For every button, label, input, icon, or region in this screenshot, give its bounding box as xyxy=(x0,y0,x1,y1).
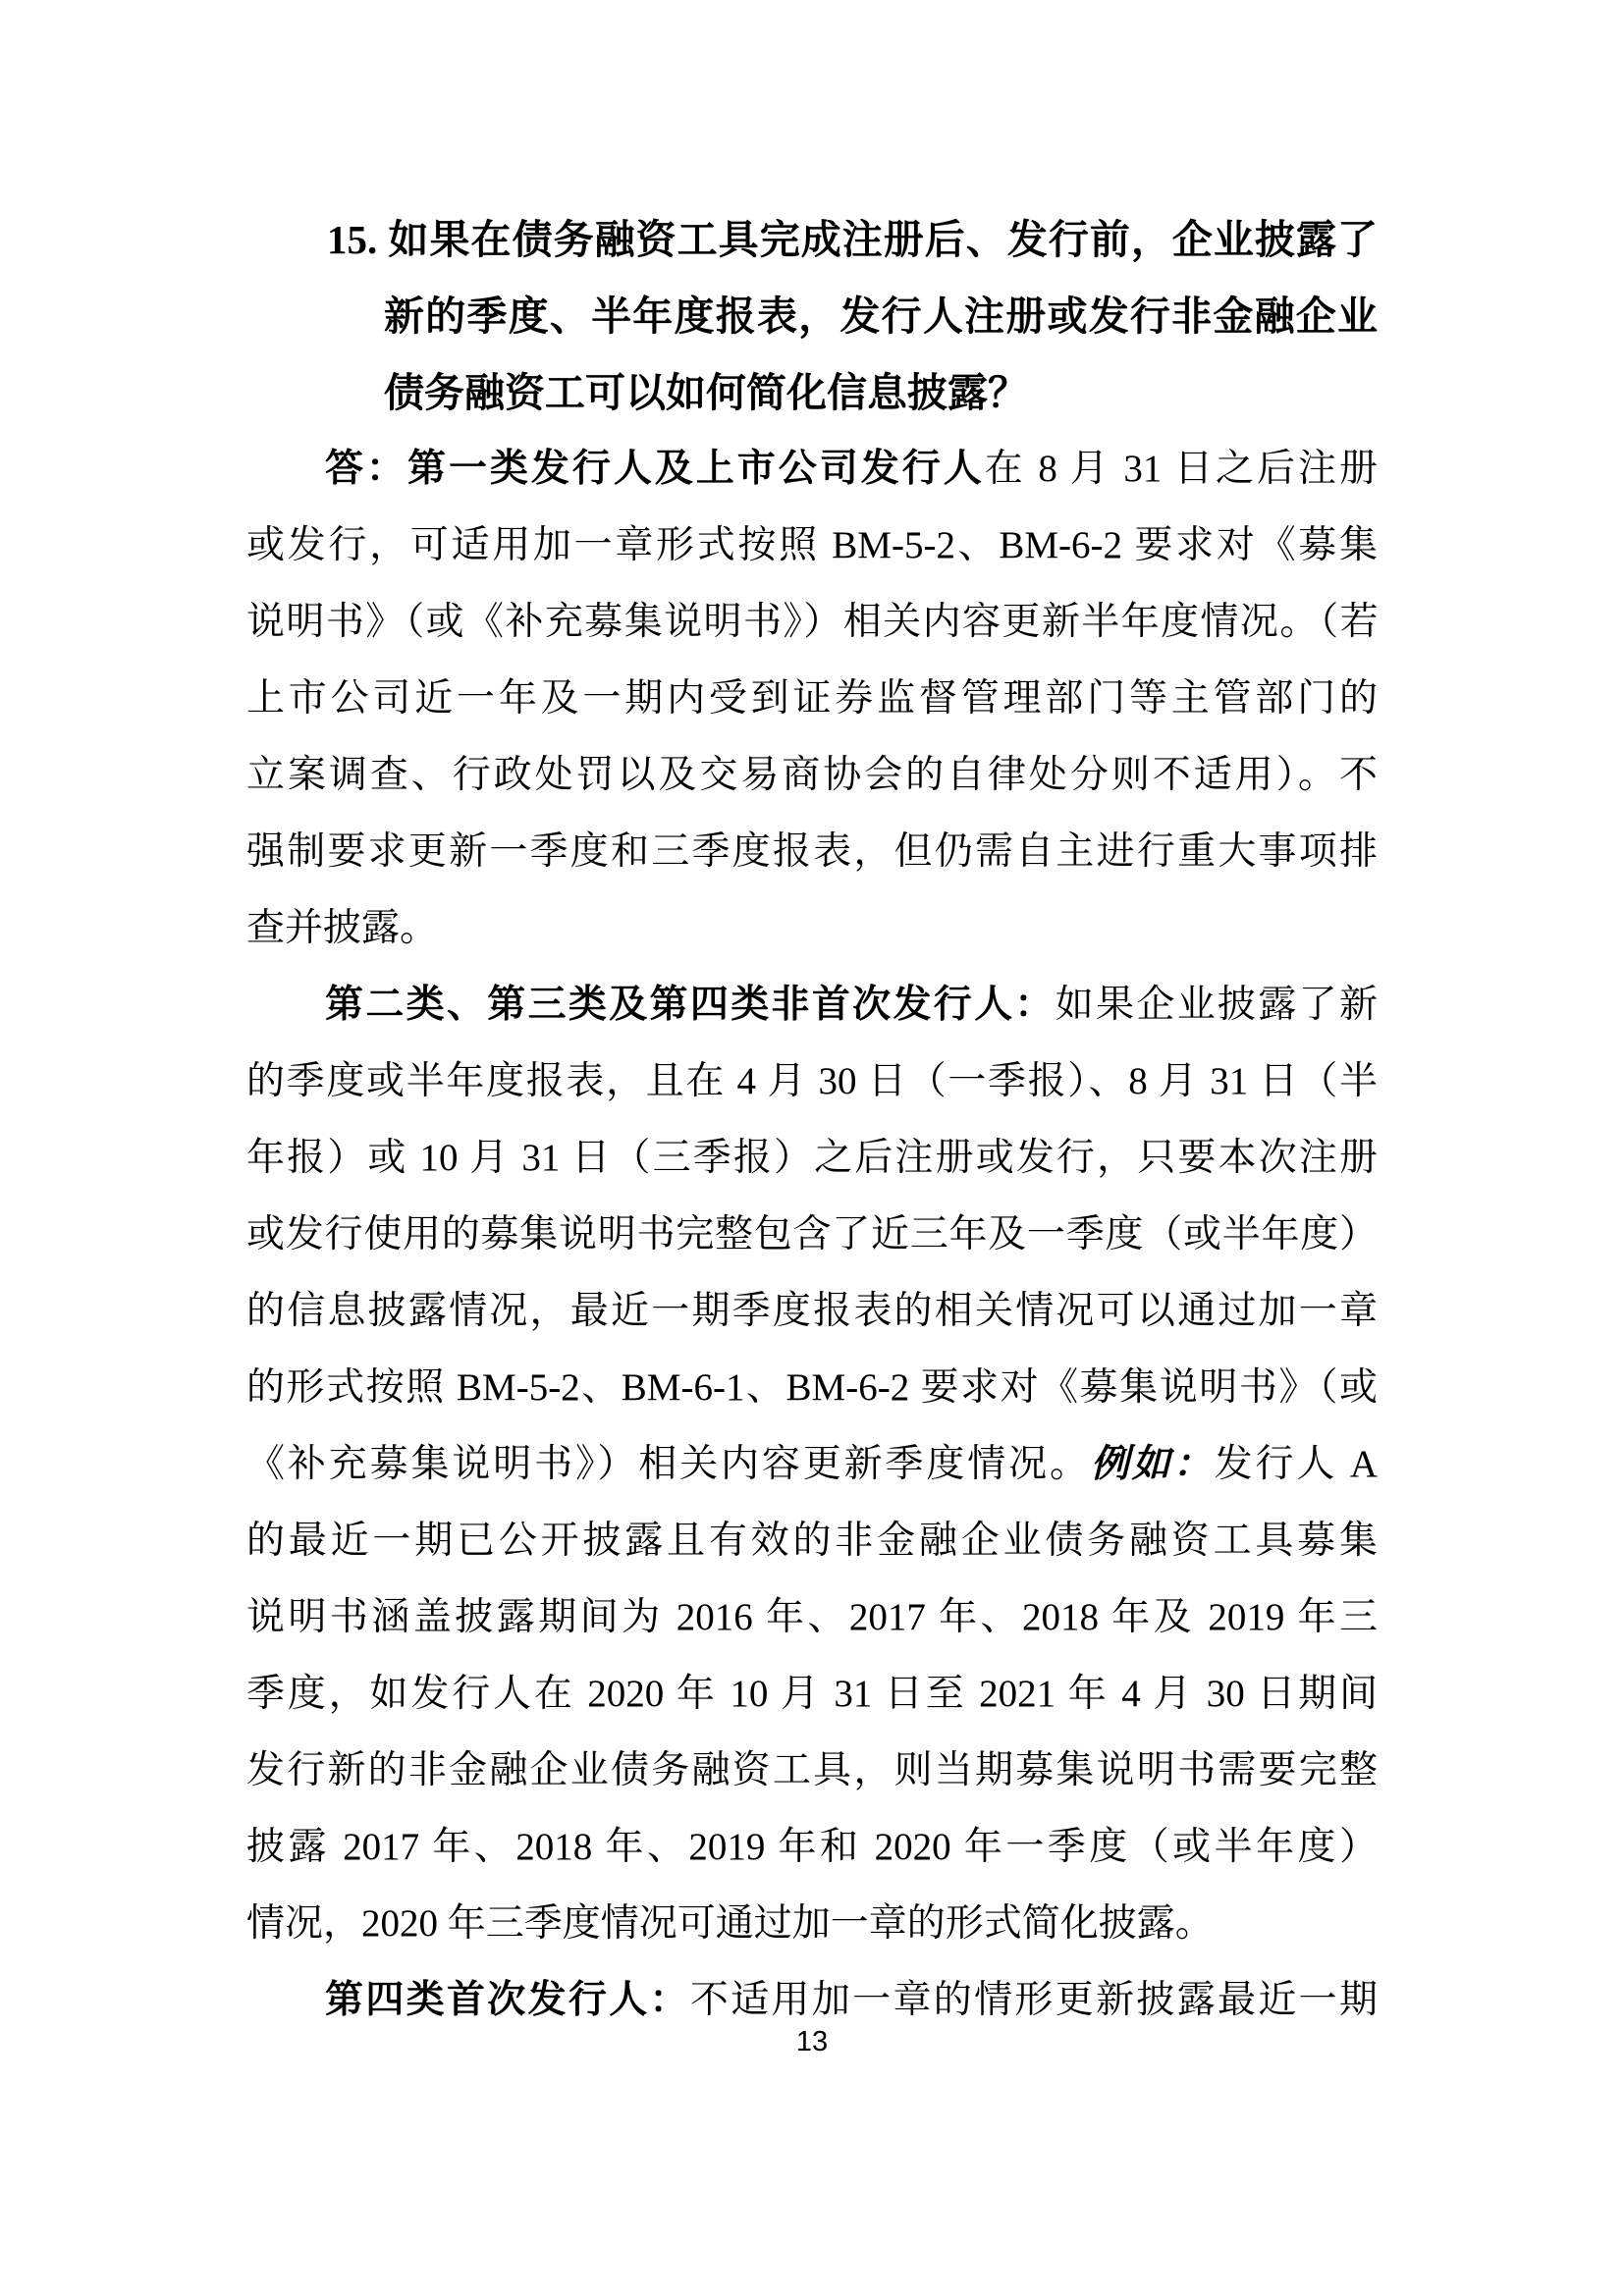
text-line: 年报）或 10 月 31 日（三季报）之后注册或发行，只要本次注册 xyxy=(246,1120,1378,1197)
document-page: 15. 如果在债务融资工具完成注册后、发行前，企业披露了新的季度、半年度报表，发… xyxy=(0,0,1624,2296)
text-line: 季度，如发行人在 2020 年 10 月 31 日至 2021 年 4 月 30… xyxy=(246,1656,1378,1733)
text-segment: 说明书涵盖披露期间为 2016 年、2017 年、2018 年及 2019 年三 xyxy=(246,1596,1378,1638)
text-segment: 第二类、第三类及第四类非首次发行人： xyxy=(325,984,1056,1026)
text-line: 或发行使用的募集说明书完整包含了近三年及一季度（或半年度） xyxy=(246,1197,1378,1273)
text-line: 答：第一类发行人及上市公司发行人在 8 月 31 日之后注册 xyxy=(246,431,1378,507)
text-segment: 新的季度、半年度报表，发行人注册或发行非金融企业 xyxy=(384,294,1378,339)
text-line: 强制要求更新一季度和三季度报表，但仍需自主进行重大事项排 xyxy=(246,814,1378,890)
text-line: 上市公司近一年及一期内受到证券监督管理部门等主管部门的 xyxy=(246,661,1378,737)
text-segment: 立案调查、行政处罚以及交易商协会的自律处分则不适用）。不 xyxy=(246,754,1378,796)
document-content: 15. 如果在债务融资工具完成注册后、发行前，企业披露了新的季度、半年度报表，发… xyxy=(246,201,1378,2039)
text-line: 的形式按照 BM-5-2、BM-6-1、BM-6-2 要求对《募集说明书》（或 xyxy=(246,1350,1378,1426)
text-segment: 《补充募集说明书》）相关内容更新季度情况。 xyxy=(246,1443,1091,1485)
text-segment: 不适用加一章的情形更新披露最近一期 xyxy=(690,1979,1378,2021)
text-line: 《补充募集说明书》）相关内容更新季度情况。例如：发行人 A xyxy=(246,1426,1378,1503)
text-segment: 如果在债务融资工具完成注册后、发行前，企业披露了 xyxy=(377,217,1378,262)
text-segment: 在 8 月 31 日之后注册 xyxy=(985,448,1378,490)
text-line: 发行新的非金融企业债务融资工具，则当期募集说明书需要完整 xyxy=(246,1733,1378,1809)
text-segment: 15. xyxy=(327,217,377,262)
text-segment: 发行新的非金融企业债务融资工具，则当期募集说明书需要完整 xyxy=(246,1749,1378,1791)
text-segment: 答：第一类发行人及上市公司发行人 xyxy=(325,448,985,490)
text-line: 的最近一期已公开披露且有效的非金融企业债务融资工具募集 xyxy=(246,1503,1378,1579)
text-segment: 或发行使用的募集说明书完整包含了近三年及一季度（或半年度） xyxy=(246,1213,1378,1255)
text-segment: 例如： xyxy=(1091,1443,1215,1485)
text-line: 的信息披露情况，最近一期季度报表的相关情况可以通过加一章 xyxy=(246,1273,1378,1350)
text-line: 查并披露。 xyxy=(246,890,1378,967)
text-segment: 查并披露。 xyxy=(246,907,438,949)
text-line: 立案调查、行政处罚以及交易商协会的自律处分则不适用）。不 xyxy=(246,737,1378,814)
text-line: 债务融资工可以如何简化信息披露？ xyxy=(384,354,1378,431)
text-segment: 的信息披露情况，最近一期季度报表的相关情况可以通过加一章 xyxy=(246,1290,1378,1332)
text-segment: 的最近一期已公开披露且有效的非金融企业债务融资工具募集 xyxy=(246,1520,1378,1562)
text-segment: 如果企业披露了新 xyxy=(1056,984,1378,1026)
text-segment: 第四类首次发行人： xyxy=(325,1979,690,2021)
text-segment: 的季度或半年度报表，且在 4 月 30 日（一季报）、8 月 31 日（半 xyxy=(246,1060,1378,1102)
text-line: 新的季度、半年度报表，发行人注册或发行非金融企业 xyxy=(384,278,1378,354)
text-line: 说明书涵盖披露期间为 2016 年、2017 年、2018 年及 2019 年三 xyxy=(246,1579,1378,1656)
text-line: 披露 2017 年、2018 年、2019 年和 2020 年一季度（或半年度） xyxy=(246,1809,1378,1886)
text-segment: 的形式按照 BM-5-2、BM-6-1、BM-6-2 要求对《募集说明书》（或 xyxy=(246,1366,1378,1409)
text-segment: 情况，2020 年三季度情况可通过加一章的形式简化披露。 xyxy=(246,1902,1214,1945)
text-line: 或发行，可适用加一章形式按照 BM-5-2、BM-6-2 要求对《募集 xyxy=(246,507,1378,584)
text-segment: 或发行，可适用加一章形式按照 BM-5-2、BM-6-2 要求对《募集 xyxy=(246,524,1378,566)
text-segment: 说明书》（或《补充募集说明书》）相关内容更新半年度情况。（若 xyxy=(246,601,1378,643)
text-segment: 披露 2017 年、2018 年、2019 年和 2020 年一季度（或半年度） xyxy=(246,1826,1378,1868)
text-line: 的季度或半年度报表，且在 4 月 30 日（一季报）、8 月 31 日（半 xyxy=(246,1043,1378,1120)
text-line: 15. 如果在债务融资工具完成注册后、发行前，企业披露了 xyxy=(384,201,1378,278)
text-line: 第二类、第三类及第四类非首次发行人：如果企业披露了新 xyxy=(246,967,1378,1043)
text-segment: 强制要求更新一季度和三季度报表，但仍需自主进行重大事项排 xyxy=(246,830,1378,873)
text-segment: 季度，如发行人在 2020 年 10 月 31 日至 2021 年 4 月 30… xyxy=(246,1673,1378,1715)
text-segment: 发行人 A xyxy=(1215,1443,1378,1485)
page-number: 13 xyxy=(246,2025,1378,2059)
text-segment: 债务融资工可以如何简化信息披露？ xyxy=(384,370,1028,415)
text-line: 说明书》（或《补充募集说明书》）相关内容更新半年度情况。（若 xyxy=(246,584,1378,661)
text-segment: 年报）或 10 月 31 日（三季报）之后注册或发行，只要本次注册 xyxy=(246,1137,1378,1179)
text-line: 情况，2020 年三季度情况可通过加一章的形式简化披露。 xyxy=(246,1886,1378,1962)
text-segment: 上市公司近一年及一期内受到证券监督管理部门等主管部门的 xyxy=(246,677,1378,720)
